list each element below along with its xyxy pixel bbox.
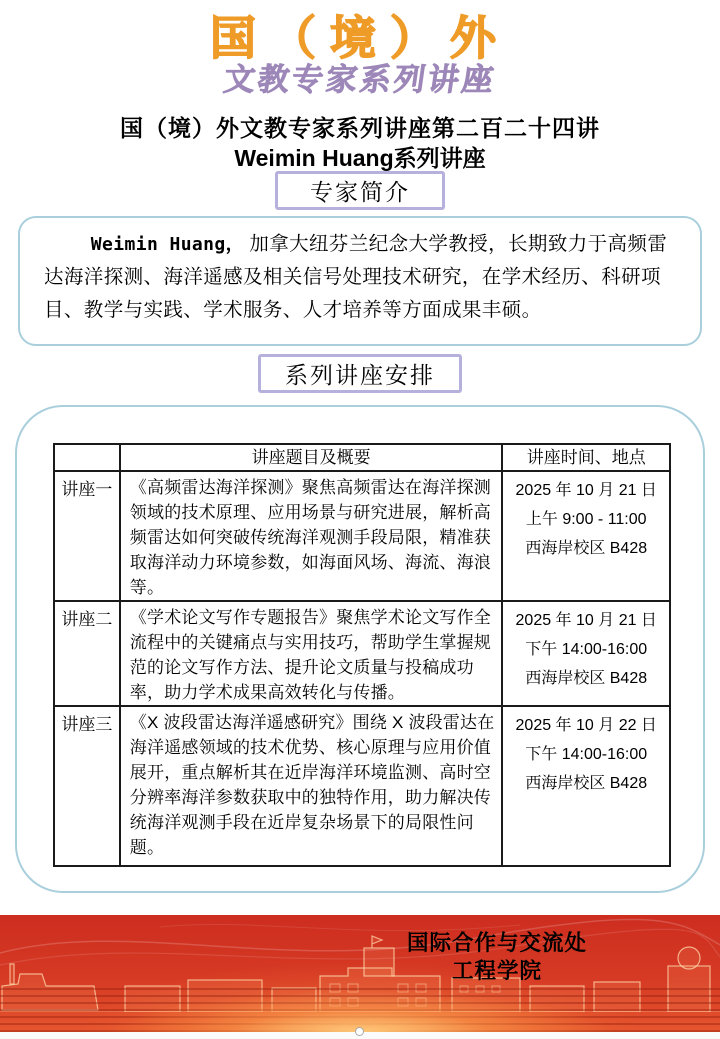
header-cell-topic: 讲座题目及概要	[120, 444, 503, 471]
table-row: 讲座一 《高频雷达海洋探测》聚焦高频雷达在海洋探测领域的技术原理、应用场景与研究…	[54, 471, 670, 601]
header-cell-time: 讲座时间、地点	[502, 444, 670, 471]
expert-intro-text: Weimin Huang， 加拿大纽芬兰纪念大学教授，长期致力于高频雷达海洋探测…	[44, 228, 676, 327]
lecture1-date: 2025 年 10 月 21 日	[503, 476, 669, 505]
lecture2-location: 西海岸校区 B428	[503, 664, 669, 693]
schedule-panel: 讲座题目及概要 讲座时间、地点 讲座一 《高频雷达海洋探测》聚焦高频雷达在海洋探…	[15, 405, 705, 893]
lecture3-location: 西海岸校区 B428	[503, 769, 669, 798]
lecture2-hours: 下午 14:00-16:00	[503, 635, 669, 664]
speaker-series-title: Weimin Huang系列讲座	[0, 140, 720, 173]
resize-handle[interactable]	[355, 1027, 364, 1036]
expert-intro-heading: 专家简介	[275, 171, 445, 210]
lecture1-time: 2025 年 10 月 21 日 上午 9:00 - 11:00 西海岸校区 B…	[502, 471, 670, 601]
footer-stripes-graphic	[0, 988, 720, 1032]
speaker-name: Weimin Huang	[234, 145, 393, 171]
lecture2-time: 2025 年 10 月 21 日 下午 14:00-16:00 西海岸校区 B4…	[502, 601, 670, 706]
footer-org-2: 工程学院	[377, 958, 617, 986]
lecture3-time: 2025 年 10 月 22 日 下午 14:00-16:00 西海岸校区 B4…	[502, 706, 670, 866]
lecture2-label: 讲座二	[54, 601, 120, 706]
footer-organizations: 国际合作与交流处 工程学院	[377, 930, 617, 985]
lecture2-date: 2025 年 10 月 21 日	[503, 606, 669, 635]
poster-page: 国（境）外 文教专家系列讲座 国（境）外文教专家系列讲座第二百二十四讲 Weim…	[0, 0, 720, 1039]
logo-title-text: 国（境）外	[0, 14, 720, 62]
lecture3-date: 2025 年 10 月 22 日	[503, 711, 669, 740]
lecture1-summary: 《高频雷达海洋探测》聚焦高频雷达在海洋探测领域的技术原理、应用场景与研究进展，解…	[120, 471, 503, 601]
schedule-heading-label: 系列讲座安排	[285, 357, 435, 390]
schedule-table: 讲座题目及概要 讲座时间、地点 讲座一 《高频雷达海洋探测》聚焦高频雷达在海洋探…	[53, 443, 671, 867]
table-row: 讲座三 《X 波段雷达海洋遥感研究》围绕 X 波段雷达在海洋遥感领域的技术优势、…	[54, 706, 670, 866]
lecture1-hours: 上午 9:00 - 11:00	[503, 505, 669, 534]
series-suffix: 系列讲座	[394, 146, 486, 171]
lecture2-summary: 《学术论文写作专题报告》聚焦学术论文写作全流程中的关键痛点与实用技巧，帮助学生掌…	[120, 601, 503, 706]
lecture1-location: 西海岸校区 B428	[503, 534, 669, 563]
lecture1-label: 讲座一	[54, 471, 120, 601]
logo-subtitle-text: 文教专家系列讲座	[0, 63, 720, 97]
header-cell-empty	[54, 444, 120, 471]
lecture3-summary: 《X 波段雷达海洋遥感研究》围绕 X 波段雷达在海洋遥感领域的技术优势、核心原理…	[120, 706, 503, 866]
series-logo: 国（境）外 文教专家系列讲座	[0, 14, 720, 97]
expert-intro-heading-label: 专家简介	[310, 174, 410, 207]
expert-intro-panel: Weimin Huang， 加拿大纽芬兰纪念大学教授，长期致力于高频雷达海洋探测…	[18, 216, 702, 346]
lecture3-label: 讲座三	[54, 706, 120, 866]
lecture-series-title: 国（境）外文教专家系列讲座第二百二十四讲	[0, 110, 720, 143]
lecture3-hours: 下午 14:00-16:00	[503, 740, 669, 769]
table-row: 讲座二 《学术论文写作专题报告》聚焦学术论文写作全流程中的关键痛点与实用技巧，帮…	[54, 601, 670, 706]
schedule-heading: 系列讲座安排	[258, 354, 462, 393]
table-header-row: 讲座题目及概要 讲座时间、地点	[54, 444, 670, 471]
footer-org-1: 国际合作与交流处	[377, 930, 617, 958]
expert-name-text: Weimin Huang，	[91, 234, 244, 255]
footer-banner: 国际合作与交流处 工程学院	[0, 915, 720, 1032]
